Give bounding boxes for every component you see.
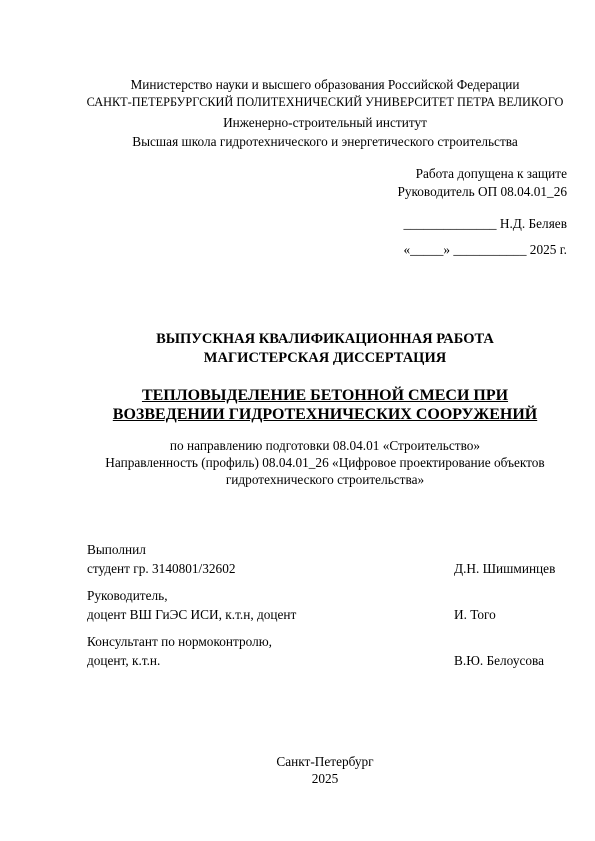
school-name: Высшая школа гидротехнического и энергет…: [0, 133, 595, 152]
approval-block: Работа допущена к защите Руководитель ОП…: [307, 165, 567, 259]
signer-name: В.Ю. Белоусова: [454, 652, 544, 671]
work-title: ВЫПУСКНАЯ КВАЛИФИКАЦИОННАЯ РАБОТА МАГИСТ…: [0, 330, 595, 368]
organization-header: Министерство науки и высшего образования…: [0, 76, 595, 152]
approval-signature-line: ______________ Н.Д. Беляев: [307, 215, 567, 233]
direction-line-1: по направлению подготовки 08.04.01 «Стро…: [0, 437, 595, 454]
program-supervisor-role: Руководитель ОП 08.04.01_26: [307, 183, 567, 201]
study-direction: по направлению подготовки 08.04.01 «Стро…: [0, 437, 595, 488]
page-footer: Санкт-Петербург 2025: [0, 753, 595, 787]
signers-block: Выполнил студент гр. 3140801/32602 Д.Н. …: [87, 541, 562, 679]
admission-text: Работа допущена к защите: [307, 165, 567, 183]
ministry-name: Министерство науки и высшего образования…: [0, 76, 595, 95]
signer-role-line-1: Консультант по нормоконтролю,: [87, 633, 562, 652]
work-type: ВЫПУСКНАЯ КВАЛИФИКАЦИОННАЯ РАБОТА: [0, 330, 595, 349]
signer-role-line-1: Выполнил: [87, 541, 562, 560]
signer-student: Выполнил студент гр. 3140801/32602 Д.Н. …: [87, 541, 562, 579]
topic-line-2: ВОЗВЕДЕНИИ ГИДРОТЕХНИЧЕСКИХ СООРУЖЕНИЙ: [0, 405, 595, 424]
title-page: Министерство науки и высшего образования…: [0, 0, 595, 841]
year: 2025: [0, 770, 595, 787]
signer-name: Д.Н. Шишминцев: [454, 560, 555, 579]
approval-date-line: «_____» ___________ 2025 г.: [307, 241, 567, 259]
signer-role-line-1: Руководитель,: [87, 587, 562, 606]
thesis-topic: ТЕПЛОВЫДЕЛЕНИЕ БЕТОННОЙ СМЕСИ ПРИ ВОЗВЕД…: [0, 386, 595, 424]
direction-line-2: Направленность (профиль) 08.04.01_26 «Ци…: [0, 454, 595, 471]
direction-line-3: гидротехнического строительства»: [0, 471, 595, 488]
degree-type: МАГИСТЕРСКАЯ ДИССЕРТАЦИЯ: [0, 349, 595, 368]
topic-line-1: ТЕПЛОВЫДЕЛЕНИЕ БЕТОННОЙ СМЕСИ ПРИ: [0, 386, 595, 405]
signer-norm-control: Консультант по нормоконтролю, доцент, к.…: [87, 633, 562, 671]
signer-supervisor: Руководитель, доцент ВШ ГиЭС ИСИ, к.т.н,…: [87, 587, 562, 625]
institute-name: Инженерно-строительный институт: [0, 114, 595, 133]
city: Санкт-Петербург: [0, 753, 595, 770]
signer-name: И. Того: [454, 606, 496, 625]
university-name: САНКТ-ПЕТЕРБУРГСКИЙ ПОЛИТЕХНИЧЕСКИЙ УНИВ…: [0, 95, 595, 114]
